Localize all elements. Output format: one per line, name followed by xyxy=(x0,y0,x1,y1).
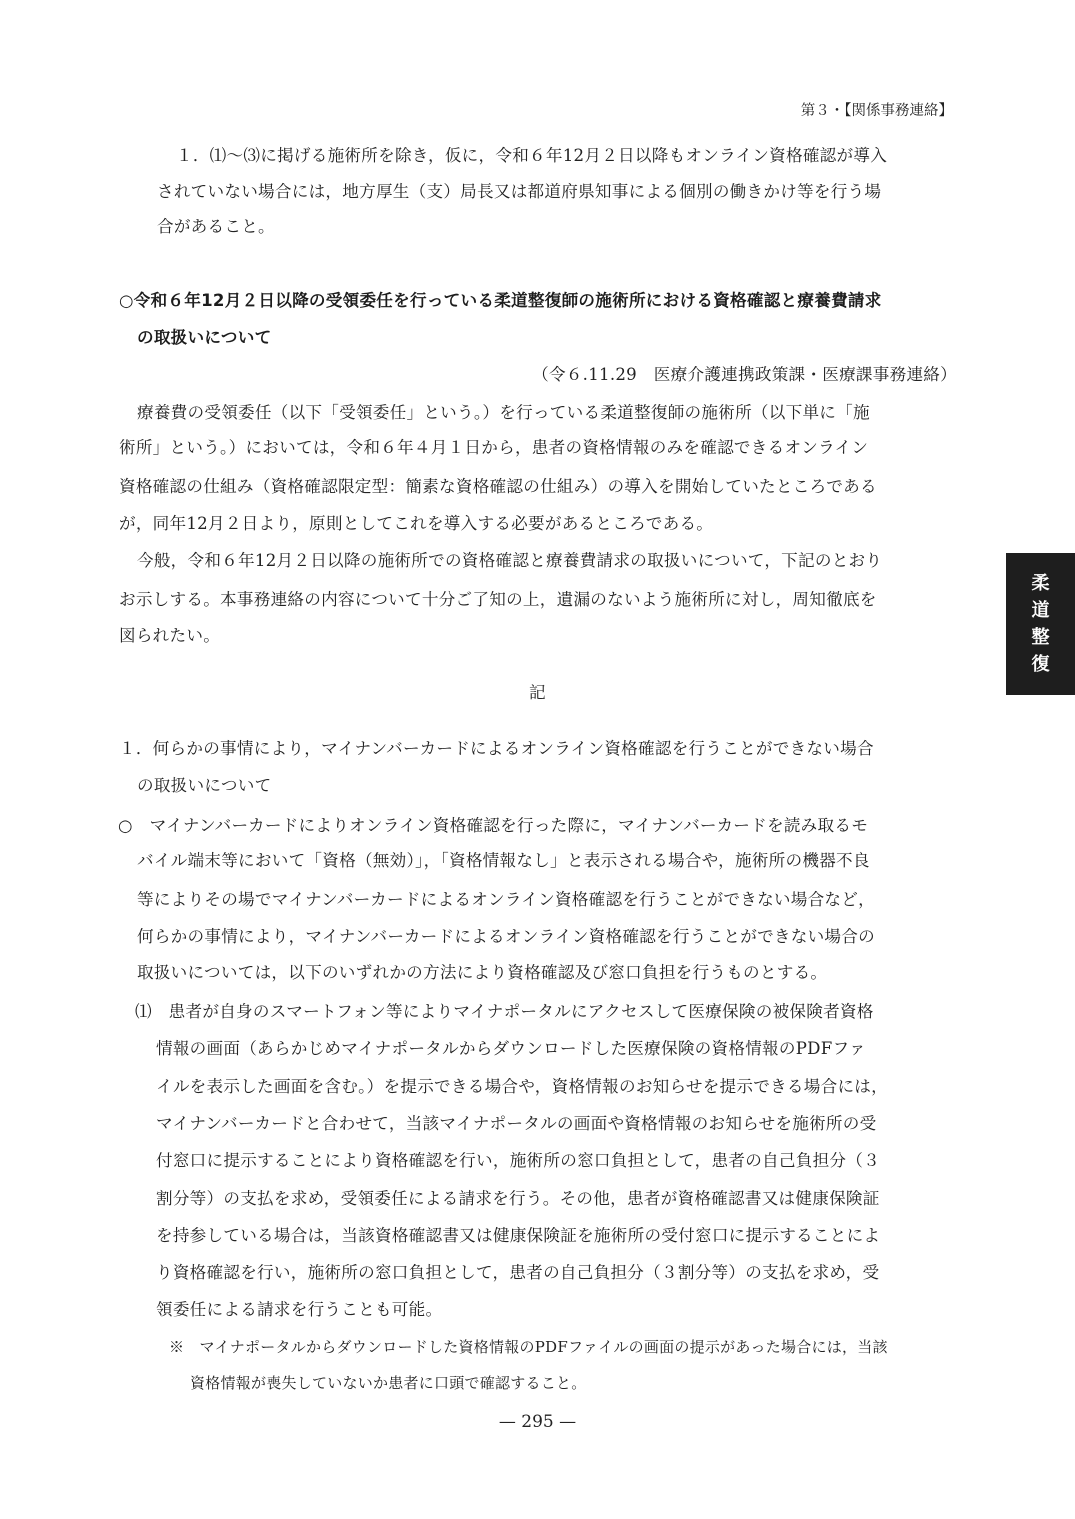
page-number: — 295 — xyxy=(0,1412,1075,1432)
text-line: バイル端末等において「資格（無効）」，「資格情報なし」と表示される場合や，施術所… xyxy=(137,850,870,872)
text-line: を持参している場合は，当該資格確認書又は健康保険証を施術所の受付窓口に提示するこ… xyxy=(156,1225,880,1247)
text-line: １．⑴〜⑶に掲げる施術所を除き，仮に，令和６年12月２日以降もオンライン資格確認… xyxy=(176,145,887,167)
side-index-tab: 柔 道 整 復 xyxy=(1006,553,1075,695)
notice-title-line: の取扱いについて xyxy=(137,327,271,349)
side-tab-char: 復 xyxy=(1032,651,1050,678)
text-line: ⑴ 患者が自身のスマートフォン等によりマイナポータルにアクセスして医療保険の被保… xyxy=(135,1001,874,1023)
text-line: １．何らかの事情により，マイナンバーカードによるオンライン資格確認を行うことがで… xyxy=(119,738,874,760)
notice-title-line: ○令和６年12月２日以降の受領委任を行っている柔道整復師の施術所における資格確認… xyxy=(119,290,882,312)
notice-source: （令６.11.29 医療介護連携政策課・医療課事務連絡） xyxy=(532,364,957,386)
text-line: 何らかの事情により，マイナンバーカードによるオンライン資格確認を行うことができな… xyxy=(137,926,875,948)
text-line: 資格情報が喪失していないか患者に口頭で確認すること。 xyxy=(190,1372,587,1394)
text-line: 療養費の受領委任（以下「受領委任」という。）を行っている柔道整復師の施術所（以下… xyxy=(137,402,870,424)
text-line: 情報の画面（あらかじめマイナポータルからダウンロードした医療保険の資格情報のPD… xyxy=(156,1038,866,1060)
text-line: 付窓口に提示することにより資格確認を行い，施術所の窓口負担として，患者の自己負担… xyxy=(156,1150,880,1172)
text-line: 等によりその場でマイナンバーカードによるオンライン資格確認を行うことができない場… xyxy=(137,889,875,911)
text-line: の取扱いについて xyxy=(137,775,271,797)
text-line: 術所」という。）においては，令和６年４月１日から，患者の資格情報のみを確認できる… xyxy=(119,437,868,459)
text-line: 領委任による請求を行うことも可能。 xyxy=(156,1299,442,1321)
text-line: イルを表示した画面を含む。）を提示できる場合や，資格情報のお知らせを提示できる場… xyxy=(156,1076,888,1098)
text-line: 合があること。 xyxy=(157,216,275,238)
text-line: り資格確認を行い，施術所の窓口負担として，患者の自己負担分（３割分等）の支払を求… xyxy=(156,1262,879,1284)
text-line: 取扱いについては，以下のいずれかの方法により資格確認及び窓口負担を行うものとする… xyxy=(137,962,827,984)
text-line: ○ マイナンバーカードによりオンライン資格確認を行った際に，マイナンバーカードを… xyxy=(118,815,868,837)
text-line: されていない場合には，地方厚生（支）局長又は都道府県知事による個別の働きかけ等を… xyxy=(157,181,881,203)
text-line: マイナンバーカードと合わせて，当該マイナポータルの画面や資格情報のお知らせを施術… xyxy=(156,1113,876,1135)
text-line: が，同年12月２日より，原則としてこれを導入する必要があるところである。 xyxy=(119,513,713,535)
text-line: ※ マイナポータルからダウンロードした資格情報のPDFファイルの画面の提示があっ… xyxy=(169,1336,888,1358)
side-tab-char: 道 xyxy=(1032,597,1050,624)
text-line: 図られたい。 xyxy=(119,625,220,647)
text-line: お示しする。本事務連絡の内容について十分ご了知の上，遺漏のないよう施術所に対し，… xyxy=(119,589,877,611)
text-line: 割分等）の支払を求め，受領委任による請求を行う。その他，患者が資格確認書又は健康… xyxy=(156,1188,880,1210)
side-tab-char: 整 xyxy=(1032,624,1050,651)
text-line: 資格確認の仕組み（資格確認限定型：簡素な資格確認の仕組み）の導入を開始していたと… xyxy=(119,476,877,498)
side-tab-char: 柔 xyxy=(1032,570,1050,597)
running-header: 第３・【関係事務連絡】 xyxy=(801,101,953,121)
text-line: 今般，令和６年12月２日以降の施術所での資格確認と療養費請求の取扱いについて，下… xyxy=(137,550,882,572)
ki-marker: 記 xyxy=(529,682,546,704)
